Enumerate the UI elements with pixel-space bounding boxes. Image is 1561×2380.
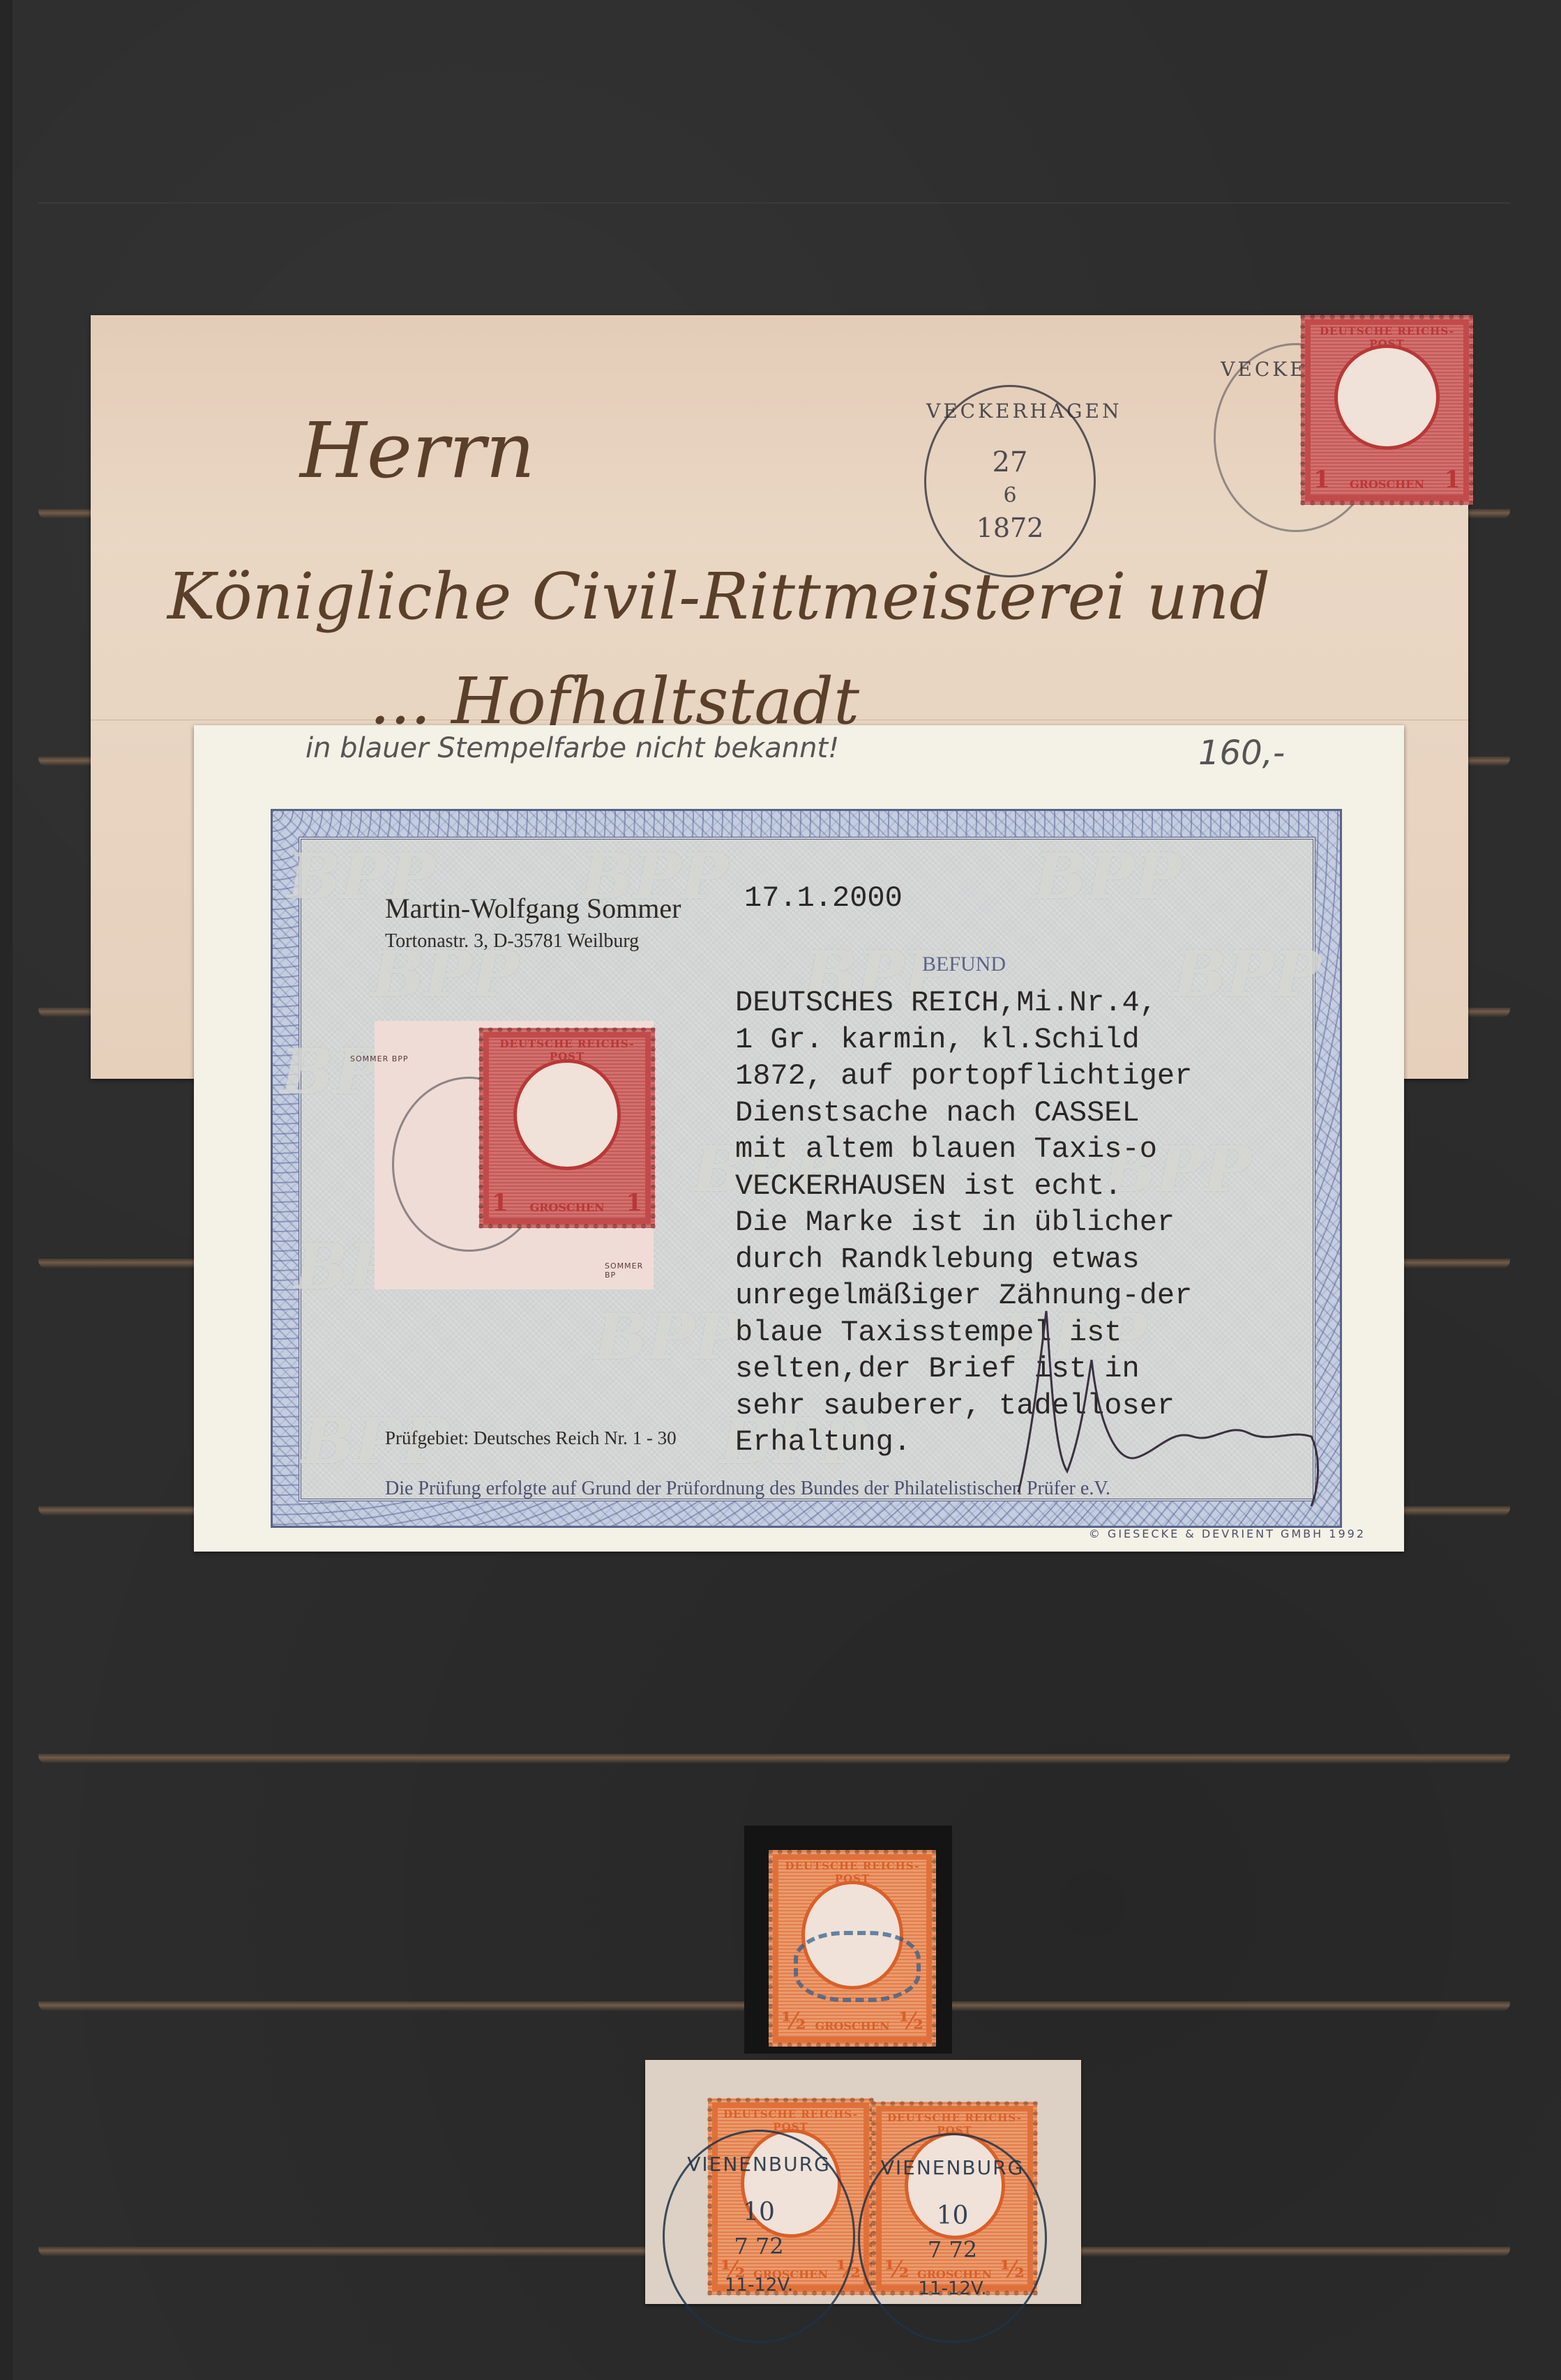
postmark-year: 1872 (926, 513, 1094, 543)
signature (1004, 1297, 1332, 1506)
album-strip (38, 1754, 1510, 1764)
watermark: BPP (594, 1300, 741, 1374)
postmark-vienenburg: VIENENBURG 10 7 72 11-12V. (663, 2130, 855, 2343)
album-strip-top (38, 202, 1510, 204)
certificate-photo: DEUTSCHE REICHS-POST 1 GROSCHEN 1 SOMMER… (375, 1021, 654, 1289)
photo-stamp: DEUTSCHE REICHS-POST 1 GROSCHEN 1 (479, 1028, 655, 1228)
report-line: Die Marke ist in üblicher (735, 1204, 1307, 1241)
report-line: 1872, auf portopflichtiger (735, 1058, 1307, 1095)
postmark-vienenburg: VIENENBURG 10 7 72 11-12V. (858, 2133, 1047, 2343)
postmark-veckerhagen: VECKERHAGEN 27 6 1872 (924, 385, 1096, 577)
report-line: Dienstsache nach CASSEL (735, 1095, 1307, 1132)
eagle-oval (513, 1059, 621, 1171)
issuer-address: Tortonastr. 3, D-35781 Weilburg (385, 930, 639, 953)
blue-taxis-cancel (794, 1931, 921, 2002)
guarantee-mark: SOMMER BPP (350, 1054, 409, 1063)
address-line-1: Herrn (300, 406, 535, 495)
cancel-time: 11-12V. (860, 2278, 1045, 2299)
cancel-day: 10 (860, 2201, 1045, 2230)
eagle-oval (1334, 344, 1439, 450)
report-line: mit altem blauen Taxis-o (735, 1131, 1307, 1168)
stamp-mount: DEUTSCHE REICHS-POST ½ GROSCHEN ½ (744, 1826, 952, 2054)
befund-heading: BEFUND (922, 953, 1006, 976)
cancel-day: 10 (665, 2198, 853, 2227)
pencil-price: 160,- (1198, 734, 1285, 773)
pencil-note: in blauer Stempelfarbe nicht bekannt! (306, 732, 839, 764)
report-line: durch Randklebung etwas (735, 1241, 1307, 1278)
postmark-month: 6 (926, 483, 1094, 508)
stamp-half-groschen: DEUTSCHE REICHS-POST ½ GROSCHEN ½ (769, 1850, 936, 2047)
stamp-value: 1 (1444, 466, 1461, 494)
stamp-value: 1 (626, 1189, 642, 1217)
cancel-month-year: 7 72 (860, 2236, 1045, 2263)
postmark-day: 27 (926, 446, 1094, 478)
cancel-town: VIENENBURG (860, 2156, 1045, 2179)
report-line: DEUTSCHES REICH,Mi.Nr.4, (735, 985, 1307, 1022)
certificate-date: 17.1.2000 (744, 881, 903, 915)
copyright: © GIESECKE & DEVRIENT GMBH 1992 (1089, 1527, 1366, 1540)
pruefgebiet: Prüfgebiet: Deutsches Reich Nr. 1 - 30 (385, 1427, 677, 1449)
cancel-month-year: 7 72 (665, 2233, 853, 2259)
stamp-pair-piece: DEUTSCHE REICHS-POST ½ GROSCHEN ½ DEUTSC… (645, 2060, 1081, 2304)
album-page-edge (0, 0, 13, 2380)
watermark: BPP (1034, 840, 1181, 914)
guarantee-mark: SOMMER BP (605, 1261, 654, 1280)
issuer-name: Martin-Wolfgang Sommer (385, 892, 681, 925)
report-line: VECKERHAUSEN ist echt. (735, 1168, 1307, 1205)
postmark-town: VECKERHAGEN (926, 400, 1094, 423)
stamp-value: ½ (899, 2008, 923, 2036)
address-line-2: Königliche Civil-Rittmeisterei und (167, 559, 1270, 634)
report-line: 1 Gr. karmin, kl.Schild (735, 1022, 1307, 1059)
stamp-1-groschen: DEUTSCHE REICHS-POST 1 GROSCHEN 1 (1301, 315, 1473, 505)
cancel-town: VIENENBURG (665, 2153, 853, 2176)
footer-note: Die Prüfung erfolgte auf Grund der Prüfo… (385, 1478, 1110, 1500)
cancel-time: 11-12V. (665, 2275, 853, 2296)
